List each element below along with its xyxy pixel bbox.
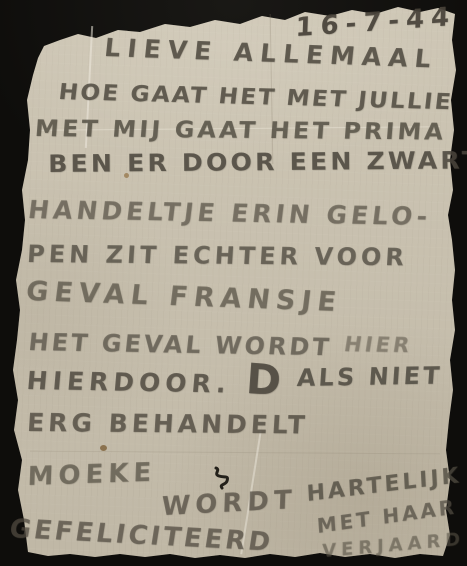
note-line-case-3: ERG BEHANDELT: [26, 408, 309, 439]
note-line-im-fine: MET MIJ GAAT HET PRIMA: [34, 116, 447, 146]
note-line-case-2b: D: [245, 354, 283, 405]
note-line-case-2c: ALS NIET: [296, 361, 443, 392]
note-line-moeke: MOEKE: [27, 458, 157, 493]
brown-speck: [100, 445, 107, 451]
note-line-black-market-1: BEN ER DOOR EEN ZWART: [48, 146, 467, 178]
note-line-case-1: HET GEVAL WORDT: [27, 328, 333, 361]
note-line-case-1b: HIER: [342, 332, 414, 357]
note-line-black-market-3: PEN ZIT ECHTER VOOR: [26, 240, 408, 271]
scanned-photo: 16-7-44 LIEVE ALLEMAAL HOE GAAT HET MET …: [0, 0, 467, 566]
note-line-case-2a: HIERDOOR.: [25, 366, 232, 399]
